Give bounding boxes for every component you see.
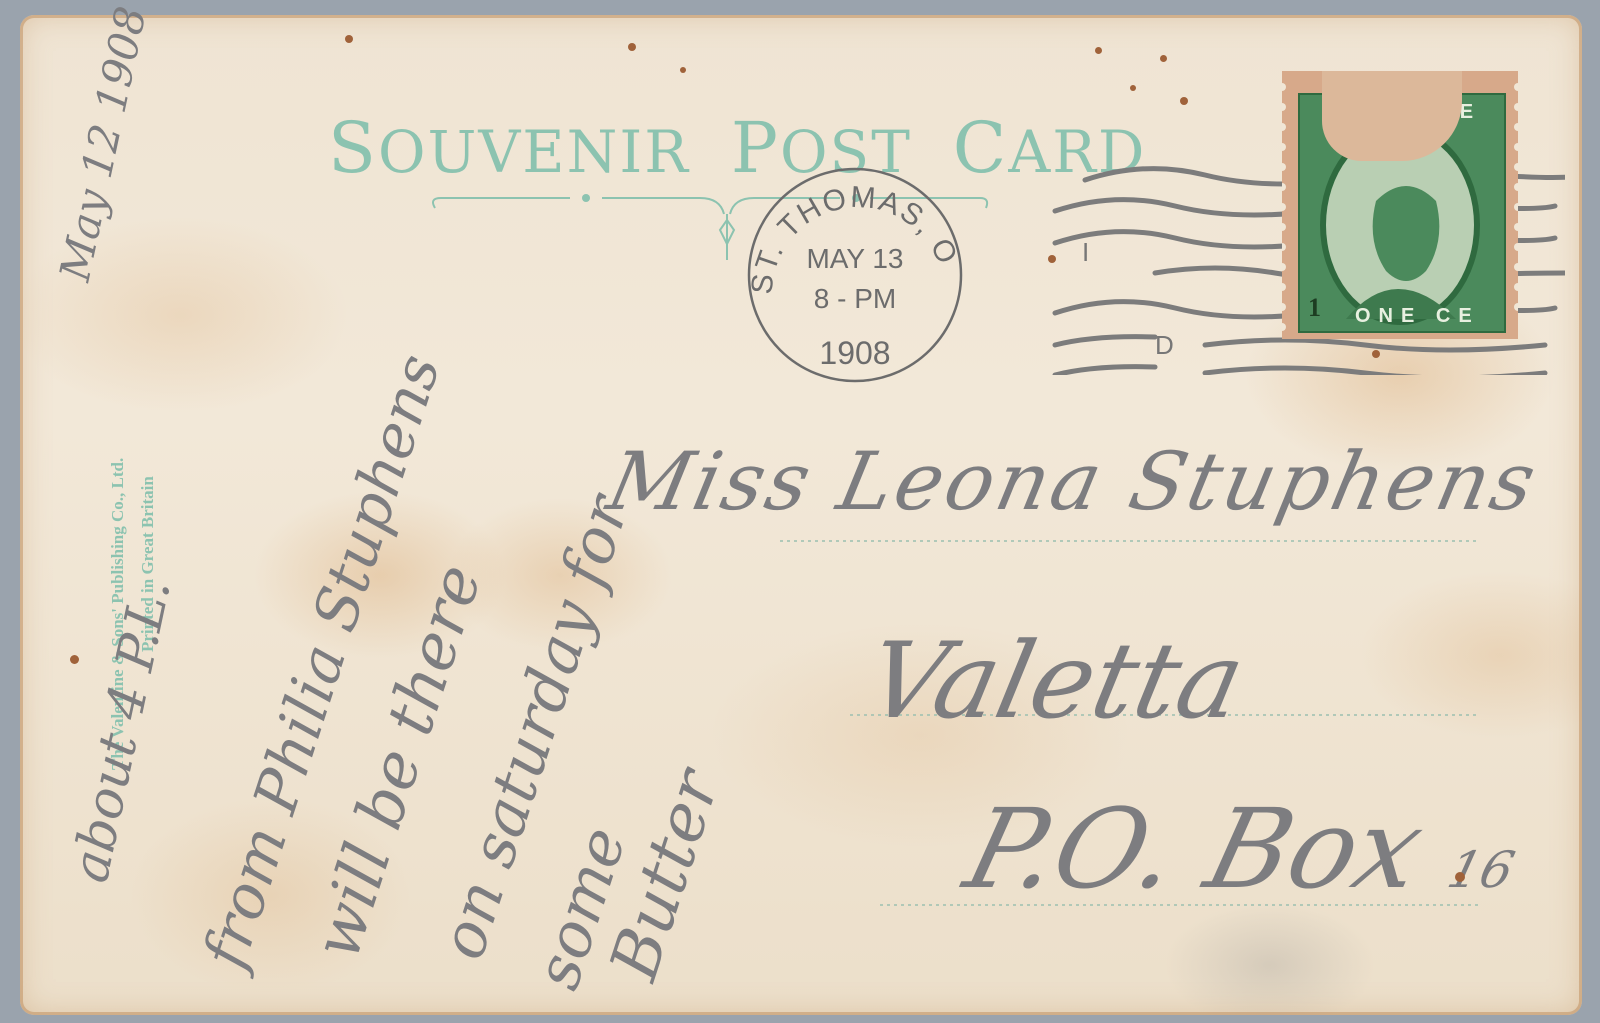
foxing-spot	[1048, 255, 1056, 263]
foxing-spot	[628, 43, 636, 51]
foxing-spot	[1372, 350, 1380, 358]
recipient-name: Miss Leona Stuphens	[600, 435, 1546, 528]
foxing-spot	[1095, 47, 1102, 54]
recipient-city: Valetta	[857, 620, 1254, 742]
title-initial-s: S	[328, 107, 378, 189]
po-box-number: 16	[1442, 841, 1520, 899]
stamp-denomination-text: ONE CE	[1355, 305, 1480, 328]
postage-stamp: CA STAGE ONE CE 1	[1282, 71, 1518, 339]
foxing-spot	[1130, 85, 1136, 91]
cancellation-letter-bottom: D	[1155, 330, 1174, 361]
foxing-spot	[1180, 97, 1188, 105]
postmark-date: MAY 13	[742, 243, 968, 275]
postmark-time: 8 - PM	[742, 283, 968, 315]
foxing-spot	[70, 655, 79, 664]
cancellation-letter-top: I	[1082, 237, 1089, 268]
postmark-year: 1908	[742, 335, 968, 372]
postmark: ST. THOMAS, ONT. MAY 13 8 - PM 1908	[742, 165, 968, 385]
message-line-1: about 4 P.L.	[60, 574, 183, 888]
po-box-label: P.O. Box	[954, 785, 1435, 913]
foxing-spot	[1455, 872, 1465, 882]
title-word-souvenir: OUVENIR	[378, 118, 690, 186]
stamp-value: 1	[1308, 293, 1321, 323]
svg-text:ST. THOMAS, ONT.: ST. THOMAS, ONT.	[742, 165, 964, 296]
stamp-torn-area	[1322, 61, 1462, 161]
foxing-spot	[345, 35, 353, 43]
postcard-title: SOUVENIR POST CARD	[328, 107, 1146, 189]
foxing-spot	[680, 67, 686, 73]
foxing-spot	[1160, 55, 1167, 62]
postmark-place: ST. THOMAS, ONT.	[742, 165, 964, 296]
postcard-back: SOUVENIR POST CARD The Valentine & Sons'…	[20, 15, 1582, 1015]
message-date: May 12 1908	[50, 2, 156, 285]
recipient-po-box: P.O. Box 16	[954, 785, 1534, 913]
